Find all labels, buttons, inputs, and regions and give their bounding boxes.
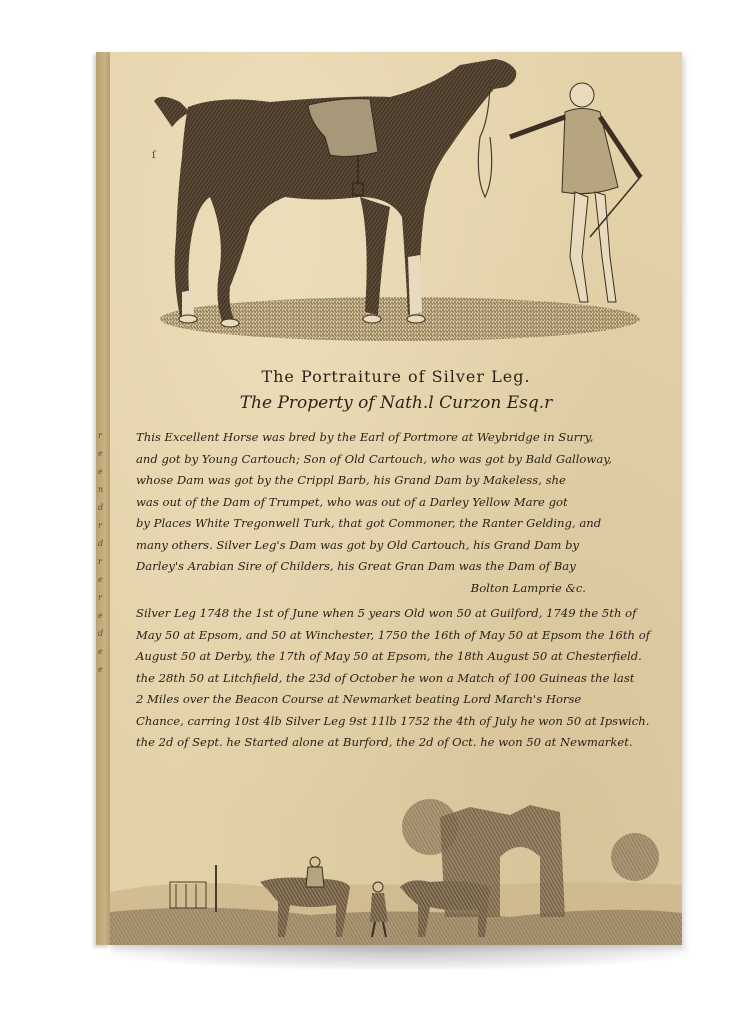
pedigree-paragraph: This Excellent Horse was bred by the Ear… <box>136 427 676 599</box>
pedigree-line: whose Dam was got by the Crippl Barb, hi… <box>136 470 676 492</box>
canvas-spine: r e e n d r d r e r e d e e <box>96 52 110 945</box>
canvas-print: r e e n d r d r e r e d e e ſ <box>96 52 682 945</box>
print-title: The Portraiture of Silver Leg. <box>110 367 682 386</box>
race-line: 2 Miles over the Beacon Course at Newmar… <box>136 689 676 711</box>
landscape-engraving <box>110 787 682 945</box>
pedigree-line: many others. Silver Leg's Dam was got by… <box>136 535 676 557</box>
pedigree-line: Bolton Lamprie &c. <box>136 578 676 600</box>
race-line: May 50 at Epsom, and 50 at Winchester, 1… <box>136 625 676 647</box>
print-subtitle: The Property of Nath.l Curzon Esq.r <box>110 393 682 413</box>
pedigree-line: by Places White Tregonwell Turk, that go… <box>136 513 676 535</box>
pedigree-line: Darley's Arabian Sire of Childers, his G… <box>136 556 676 578</box>
race-line: Chance, carring 10st 4lb Silver Leg 9st … <box>136 711 676 733</box>
pedigree-line: was out of the Dam of Trumpet, who was o… <box>136 492 676 514</box>
pedigree-line: This Excellent Horse was bred by the Ear… <box>136 427 676 449</box>
race-line: the 28th 50 at Litchfield, the 23d of Oc… <box>136 668 676 690</box>
race-record-paragraph: Silver Leg 1748 the 1st of June when 5 y… <box>136 603 676 754</box>
race-line: Silver Leg 1748 the 1st of June when 5 y… <box>136 603 676 625</box>
race-line: August 50 at Derby, the 17th of May 50 a… <box>136 646 676 668</box>
race-line: the 2d of Sept. he Started alone at Burf… <box>136 732 676 754</box>
spine-text: r e e n d r d r e r e d e e <box>98 427 108 679</box>
canvas-face: ſ <box>110 52 682 945</box>
pedigree-line: and got by Young Cartouch; Son of Old Ca… <box>136 449 676 471</box>
horse-and-groom-engraving <box>150 57 670 347</box>
